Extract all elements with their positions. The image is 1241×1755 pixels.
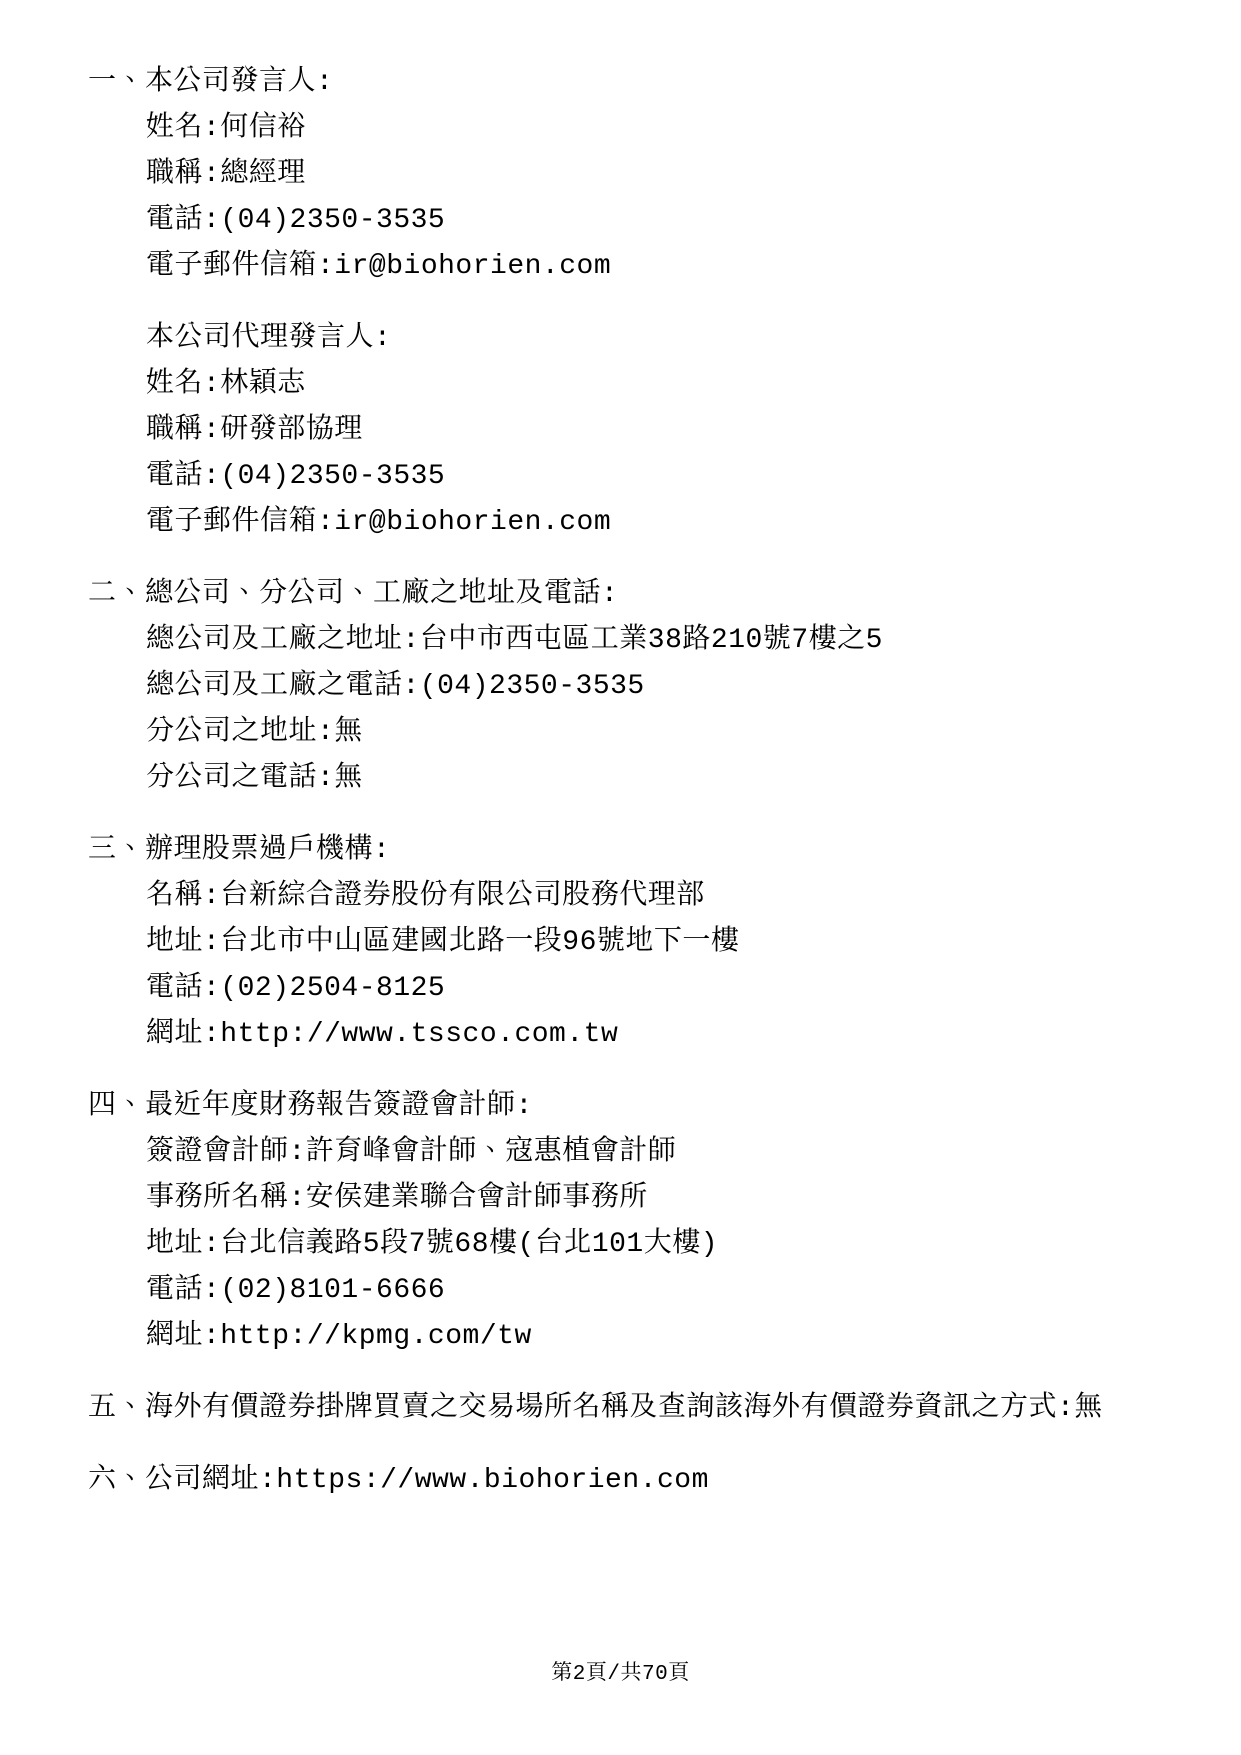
branch-phone: 分公司之電話:無 bbox=[88, 756, 1201, 802]
audit-firm-address: 地址:台北信義路5段7號68樓(台北101大樓) bbox=[88, 1222, 1201, 1268]
section-heading: 二、總公司、分公司、工廠之地址及電話: bbox=[88, 572, 1201, 618]
document-content: 一、本公司發言人: 姓名:何信裕 職稱:總經理 電話:(04)2350-3535… bbox=[88, 60, 1201, 1530]
page-footer: 第2頁/共70頁 bbox=[0, 1660, 1241, 1690]
section-auditors: 四、最近年度財務報告簽證會計師: 簽證會計師:許育峰會計師、寇惠植會計師 事務所… bbox=[88, 1084, 1201, 1360]
page-number: 第2頁/共70頁 bbox=[551, 1663, 689, 1686]
hq-factory-address: 總公司及工廠之地址:台中市西屯區工業38路210號7樓之5 bbox=[88, 618, 1201, 664]
hq-factory-phone: 總公司及工廠之電話:(04)2350-3535 bbox=[88, 664, 1201, 710]
section-addresses: 二、總公司、分公司、工廠之地址及電話: 總公司及工廠之地址:台中市西屯區工業38… bbox=[88, 572, 1201, 802]
spokesperson-phone: 電話:(04)2350-3535 bbox=[88, 198, 1201, 244]
audit-firm-name: 事務所名稱:安侯建業聯合會計師事務所 bbox=[88, 1176, 1201, 1222]
spokesperson-name: 姓名:何信裕 bbox=[88, 106, 1201, 152]
section-deputy-spokesperson: 本公司代理發言人: 姓名:林穎志 職稱:研發部協理 電話:(04)2350-35… bbox=[88, 316, 1201, 546]
section-company-website: 六、公司網址:https://www.biohorien.com bbox=[88, 1458, 1201, 1504]
agent-phone: 電話:(02)2504-8125 bbox=[88, 966, 1201, 1012]
audit-firm-website: 網址:http://kpmg.com/tw bbox=[88, 1314, 1201, 1360]
auditor-names: 簽證會計師:許育峰會計師、寇惠植會計師 bbox=[88, 1130, 1201, 1176]
agent-address: 地址:台北市中山區建國北路一段96號地下一樓 bbox=[88, 920, 1201, 966]
agent-website: 網址:http://www.tssco.com.tw bbox=[88, 1012, 1201, 1058]
section-heading: 一、本公司發言人: bbox=[88, 60, 1201, 106]
section-heading: 四、最近年度財務報告簽證會計師: bbox=[88, 1084, 1201, 1130]
deputy-name: 姓名:林穎志 bbox=[88, 362, 1201, 408]
deputy-title: 職稱:研發部協理 bbox=[88, 408, 1201, 454]
spokesperson-email: 電子郵件信箱:ir@biohorien.com bbox=[88, 244, 1201, 290]
audit-firm-phone: 電話:(02)8101-6666 bbox=[88, 1268, 1201, 1314]
spokesperson-title: 職稱:總經理 bbox=[88, 152, 1201, 198]
deputy-phone: 電話:(04)2350-3535 bbox=[88, 454, 1201, 500]
section-heading: 三、辦理股票過戶機構: bbox=[88, 828, 1201, 874]
section-heading: 六、公司網址:https://www.biohorien.com bbox=[88, 1458, 1201, 1504]
section-heading: 五、海外有價證券掛牌買賣之交易場所名稱及查詢該海外有價證券資訊之方式:無 bbox=[88, 1386, 1201, 1432]
section-spokesperson: 一、本公司發言人: 姓名:何信裕 職稱:總經理 電話:(04)2350-3535… bbox=[88, 60, 1201, 290]
agent-name: 名稱:台新綜合證券股份有限公司股務代理部 bbox=[88, 874, 1201, 920]
branch-address: 分公司之地址:無 bbox=[88, 710, 1201, 756]
document-page: 一、本公司發言人: 姓名:何信裕 職稱:總經理 電話:(04)2350-3535… bbox=[0, 0, 1241, 1755]
section-overseas-listing: 五、海外有價證券掛牌買賣之交易場所名稱及查詢該海外有價證券資訊之方式:無 bbox=[88, 1386, 1201, 1432]
section-stock-transfer-agent: 三、辦理股票過戶機構: 名稱:台新綜合證券股份有限公司股務代理部 地址:台北市中… bbox=[88, 828, 1201, 1058]
deputy-heading: 本公司代理發言人: bbox=[88, 316, 1201, 362]
deputy-email: 電子郵件信箱:ir@biohorien.com bbox=[88, 500, 1201, 546]
